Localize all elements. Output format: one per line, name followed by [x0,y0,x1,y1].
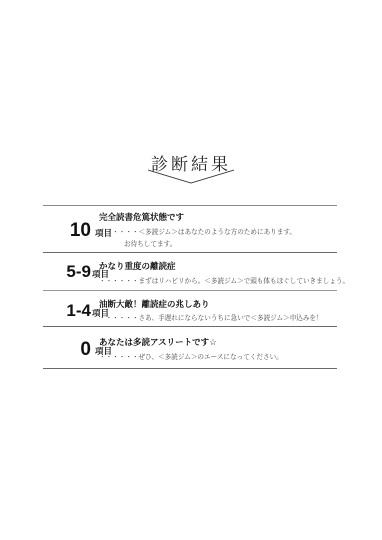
result-heading: あなたは多読アスリートです☆ [99,336,217,348]
result-heading: 完全読書危篤状態です [99,211,184,223]
score-value: 1-4 [43,301,91,321]
result-description: ・・・・・・ぜひ、＜多読ジム＞のエースになってください。 [99,351,283,361]
result-row-10: 10 項目 完全読書危篤状態です ・・・・・・＜多読ジム＞はあなたのような方のた… [43,206,337,253]
result-row-1-4: 1-4 項目 油断大敵！離読症の兆しあり ・・・・・・さあ、手遅れにならないうち… [43,291,337,327]
result-description: ・・・・・・まずはリハビリから。＜多読ジム＞で頭も体もほぐしていきましょう。 [99,275,349,285]
result-row-0: 0 項目 あなたは多読アスリートです☆ ・・・・・・ぜひ、＜多読ジム＞のエースに… [43,327,337,369]
result-row-5-9: 5-9 項目 かなり重度の離読症 ・・・・・・まずはリハビリから。＜多読ジム＞で… [43,253,337,291]
result-heading: 油断大敵！離読症の兆しあり [99,298,210,310]
score-value: 5-9 [43,262,91,282]
chevron-down-icon [148,168,234,186]
results-table: 10 項目 完全読書危篤状態です ・・・・・・＜多読ジム＞はあなたのような方のた… [43,205,337,369]
result-heading: かなり重度の離読症 [99,260,176,272]
result-description: ・・・・・・さあ、手遅れにならないうちに急いで＜多読ジム＞申込みを！ [99,312,323,322]
score-value: 0 [43,339,91,361]
result-description-line2: お待ちしてます。 [124,238,176,248]
result-description: ・・・・・・＜多読ジム＞はあなたのような方のためにあります。 [99,226,296,236]
score-value: 10 [43,220,91,242]
